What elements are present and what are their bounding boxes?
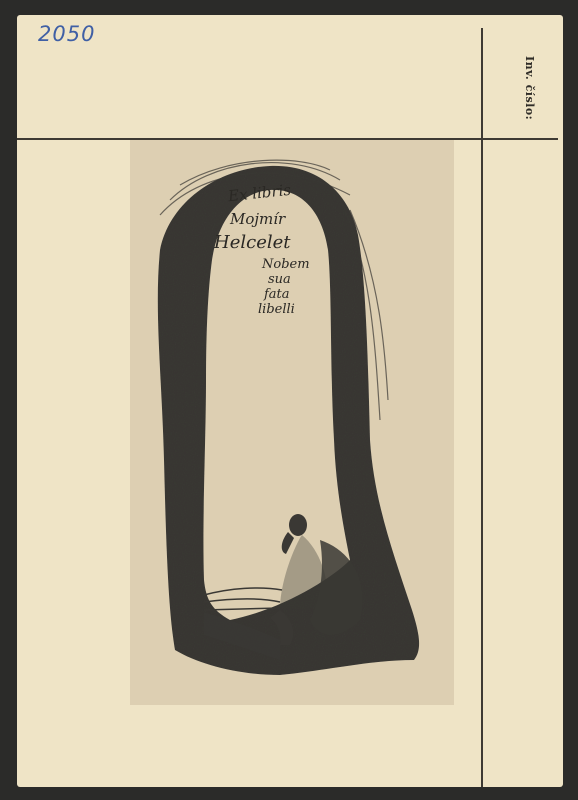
motto-line: Nobem [262,257,310,272]
motto-line: fata [264,287,290,302]
arch-illustration-icon [130,140,454,705]
owner-first-name: Mojmír [230,210,285,228]
vertical-rule [481,28,483,787]
bookplate-print: Ex libris Mojmír Helcelet Nobem sua fata… [130,140,454,705]
motto-line: sua [268,272,291,287]
owner-last-name: Helcelet [214,232,290,253]
motto-line: libelli [258,302,295,317]
catalog-number: 2050 [38,22,95,46]
inventory-number-label: Inv. číslo: [523,56,536,120]
